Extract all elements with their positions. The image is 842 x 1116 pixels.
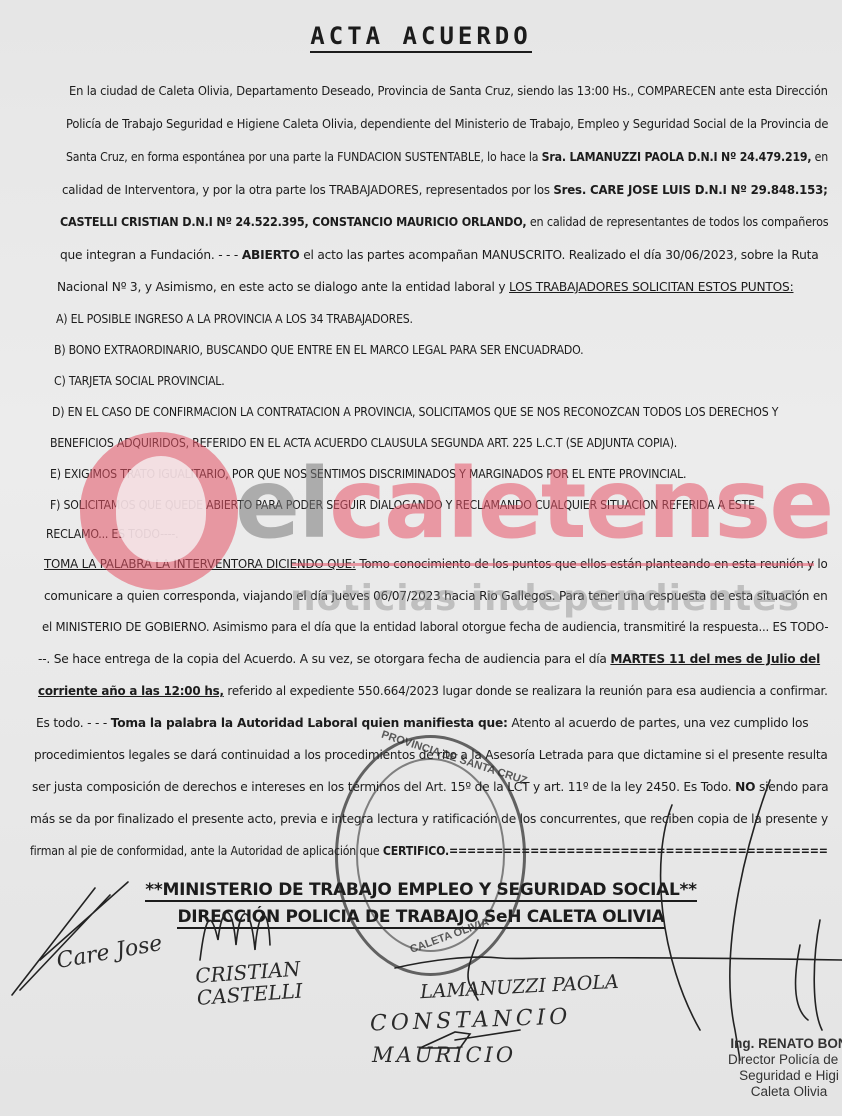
director-block: Ing. RENATO BON Director Policía de T Se… [704, 1036, 842, 1100]
director-city: Caleta Olivia [704, 1084, 842, 1100]
director-dept: Seguridad e Higi [704, 1068, 842, 1084]
director-title: Director Policía de T [704, 1052, 842, 1068]
signature-mauricio: MAURICIO [372, 1043, 516, 1067]
document-page: ACTA ACUERDO En la ciudad de Caleta Oliv… [0, 0, 842, 1116]
director-name: Ing. RENATO BON [704, 1036, 842, 1052]
